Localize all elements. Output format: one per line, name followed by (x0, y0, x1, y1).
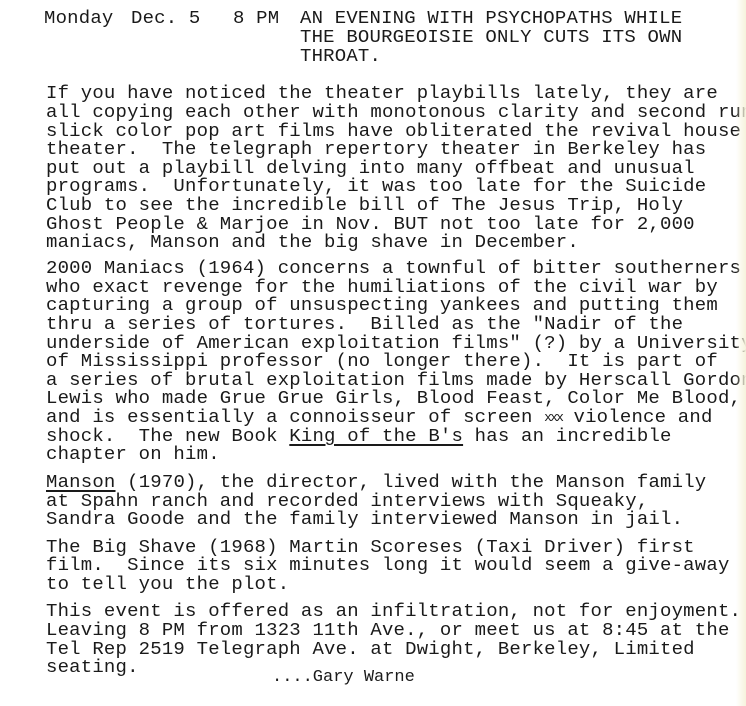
book-title: King of the B's (289, 426, 463, 447)
header-title-line-2: THE BOURGEOISIE ONLY CUTS ITS OWN (300, 28, 682, 47)
paragraph-line: This event is offered as an infiltration… (46, 602, 741, 621)
line-text: violence and (562, 407, 713, 428)
paragraph-line: all copying each other with monotonous c… (46, 103, 746, 122)
header-day: Monday (44, 9, 114, 28)
paragraph-line: of Mississippi professor (no longer ther… (46, 352, 718, 371)
paragraph-line: theater. The telegraph repertory theater… (46, 140, 706, 159)
line-text: and is essentially a connoisseur of scre… (46, 407, 544, 428)
paragraph-line: to tell you the plot. (46, 575, 289, 594)
paragraph-line: chapter on him. (46, 445, 220, 464)
paragraph-line: seating. (46, 658, 139, 677)
struck-out-text: xxx (544, 410, 562, 425)
paper-edge (736, 0, 746, 706)
paragraph-line: Club to see the incredible bill of The J… (46, 196, 683, 215)
paragraph-line: Manson (1970), the director, lived with … (46, 473, 706, 492)
header-title-line-1: AN EVENING WITH PSYCHOPATHS WHILE (300, 9, 682, 28)
paragraph-line: Leaving 8 PM from 1323 11th Ave., or mee… (46, 621, 730, 640)
paragraph-line: Sandra Goode and the family interviewed … (46, 510, 683, 529)
line-text: has an incredible (463, 426, 672, 447)
film-title: Manson (46, 472, 116, 493)
line-text: (1970), the director, lived with the Man… (116, 472, 707, 493)
header-time: 8 PM (233, 9, 279, 28)
paragraph-line: film. Since its six minutes long it woul… (46, 556, 730, 575)
paragraph-line: Lewis who made Grue Grue Girls, Blood Fe… (46, 389, 741, 408)
paragraph-line: If you have noticed the theater playbill… (46, 84, 718, 103)
paragraph-line: Tel Rep 2519 Telegraph Ave. at Dwight, B… (46, 640, 695, 659)
header-title-line-3: THROAT. (300, 47, 381, 66)
typewritten-page: Monday Dec. 5 8 PM AN EVENING WITH PSYCH… (0, 0, 746, 706)
paragraph-line: maniacs, Manson and the big shave in Dec… (46, 233, 579, 252)
paragraph-line: programs. Unfortunately, it was too late… (46, 177, 706, 196)
header-date: Dec. 5 (131, 9, 201, 28)
signature: ....Gary Warne (272, 668, 415, 687)
paragraph-line: and is essentially a connoisseur of scre… (46, 408, 713, 427)
paragraph-line: capturing a group of unsuspecting yankee… (46, 296, 718, 315)
paragraph-line: thru a series of tortures. Billed as the… (46, 315, 683, 334)
paragraph-line: 2000 Maniacs (1964) concerns a townful o… (46, 259, 741, 278)
